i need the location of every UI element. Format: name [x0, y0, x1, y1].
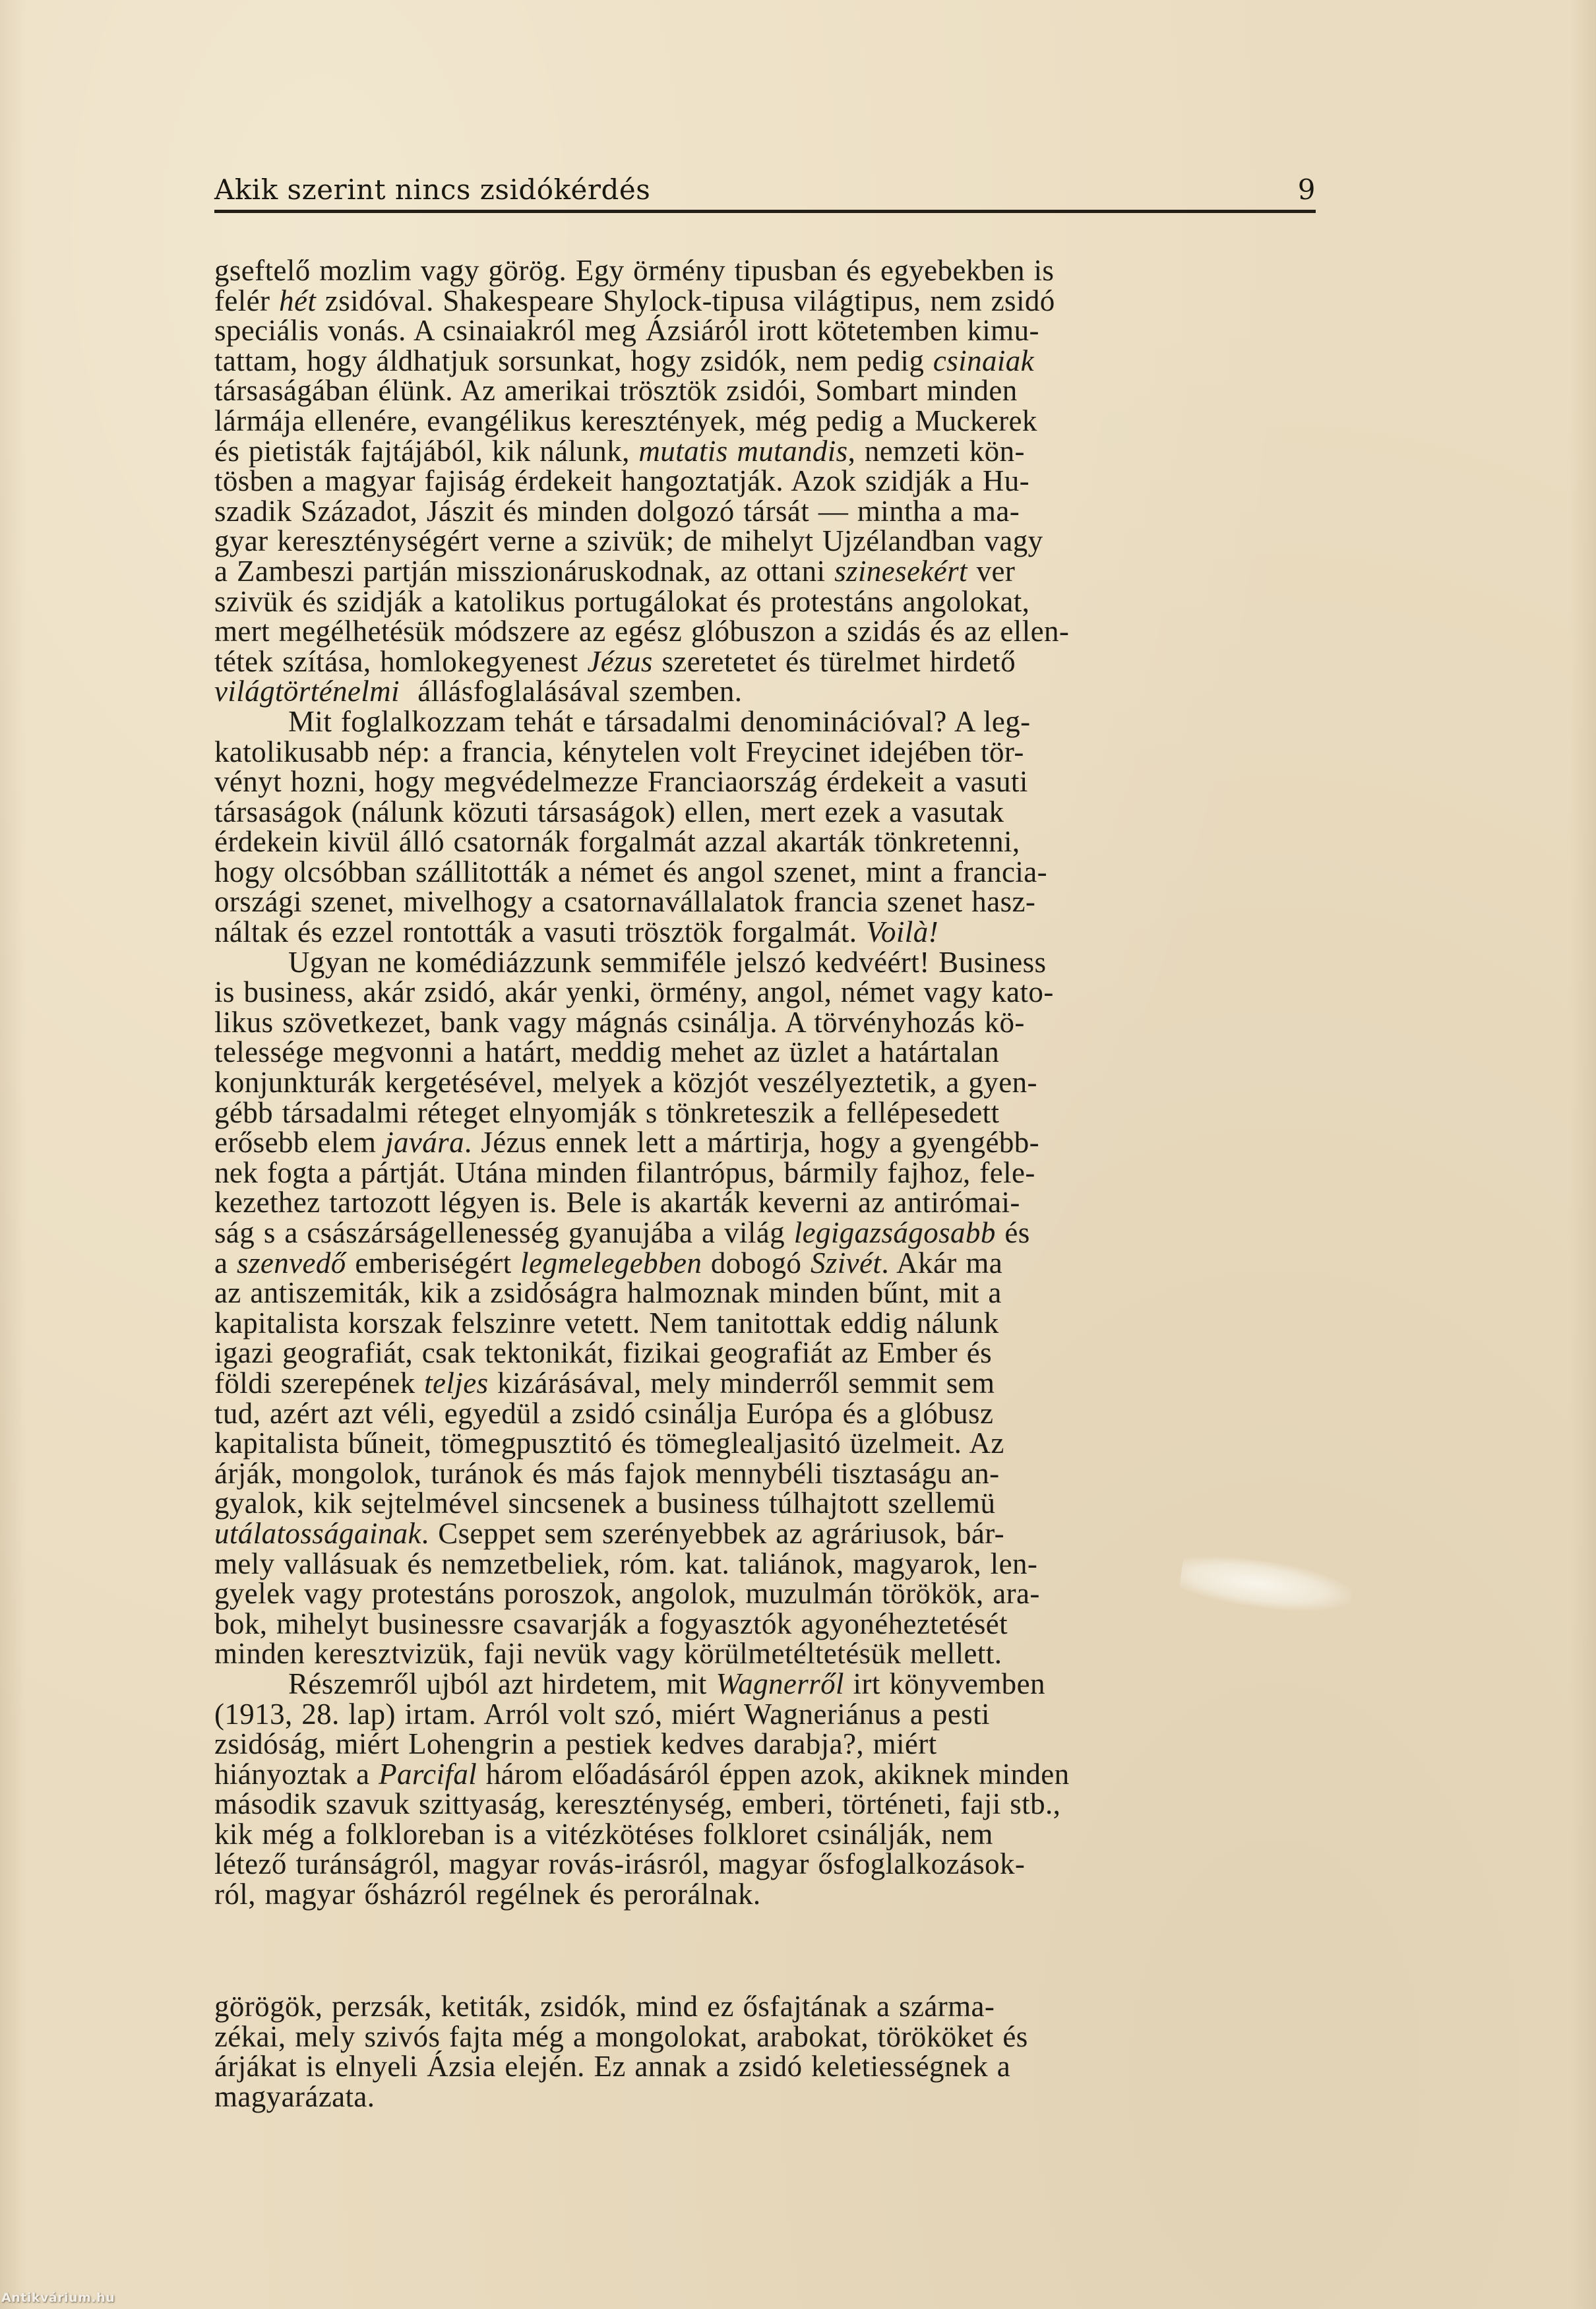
text-segment: mert megélhetésük módszere az egész glób… — [214, 615, 1069, 648]
watermark: Antikvárium.hu — [1, 2291, 115, 2305]
text-line: likus szövetkezet, bank vagy mágnás csin… — [214, 1008, 1316, 1038]
text-segment: tösben a magyar fajiság érdekeit hangozt… — [214, 464, 1029, 497]
text-segment: ról, magyar ősházról regélnek és perorál… — [214, 1878, 761, 1911]
text-line: országi szenet, mivelhogy a csatornaváll… — [214, 887, 1316, 917]
text-segment: gseftelő mozlim vagy görög. Egy örmény t… — [214, 254, 1054, 287]
text-segment: tud, azért azt véli, egyedül a zsidó csi… — [214, 1397, 993, 1430]
text-segment: kapitalista korszak felszinre vetett. Ne… — [214, 1307, 999, 1339]
text-segment: zsidóval. Shakespeare Shylock-tipusa vil… — [316, 284, 1055, 317]
italic-text: Parcifal — [379, 1758, 477, 1791]
text-segment: telessége megvonni a határt, meddig mehe… — [214, 1035, 999, 1068]
text-segment: árják, mongolok, turánok és más fajok me… — [214, 1457, 1000, 1490]
italic-text: Szivét — [811, 1247, 881, 1279]
text-line: kezethez tartozott légyen is. Bele is ak… — [214, 1188, 1316, 1218]
text-line: hiányoztak a Parcifal három előadásáról … — [214, 1760, 1316, 1790]
text-line: kik még a folkloreban is a vitézkötéses … — [214, 1820, 1316, 1850]
text-segment: az antiszemiták, kik a zsidóságra halmoz… — [214, 1276, 1002, 1309]
text-segment: és pietisták fajtájából, kik nálunk, — [214, 435, 638, 468]
text-line: utálatosságainak. Cseppet sem szerényebb… — [214, 1519, 1316, 1549]
italic-text: Jézus — [587, 645, 652, 678]
text-segment: lármája ellenére, evangélikus keresztény… — [214, 404, 1037, 437]
text-line: mert megélhetésük módszere az egész glób… — [214, 617, 1316, 647]
text-line: gyalok, kik sejtelmével sincsenek a busi… — [214, 1489, 1316, 1519]
footnote: görögök, perzsák, ketiták, zsidók, mind … — [214, 1992, 1316, 2112]
text-line: érdekein kivül álló csatornák forgalmát … — [214, 827, 1316, 857]
text-segment: a — [214, 1247, 237, 1279]
italic-text: világtörténelmi — [214, 675, 400, 708]
text-segment: dobogó — [702, 1247, 811, 1279]
text-segment: szadik Századot, Jászit és minden dolgoz… — [214, 495, 1020, 528]
text-segment: igazi geografiát, csak tektonikát, fizik… — [214, 1336, 992, 1369]
text-line: nek fogta a pártját. Utána minden filant… — [214, 1158, 1316, 1188]
italic-text: szinesekért — [834, 555, 967, 588]
text-line: árják, mongolok, turánok és más fajok me… — [214, 1459, 1316, 1489]
text-segment: árjákat is elnyeli Ázsia elején. Ez anna… — [214, 2050, 1010, 2083]
text-segment: nek fogta a pártját. Utána minden filant… — [214, 1156, 1035, 1189]
text-line: gyar kereszténységért verne a szivük; de… — [214, 526, 1316, 557]
running-head: Akik szerint nincs zsidókérdés 9 — [214, 166, 1316, 206]
text-line: is business, akár zsidó, akár yenki, örm… — [214, 977, 1316, 1008]
text-line: társaságában élünk. Az amerikai trösztök… — [214, 376, 1316, 406]
text-line: tétek szítása, homlokegyenest Jézus szer… — [214, 647, 1316, 677]
italic-text: hét — [279, 284, 316, 317]
text-segment: hogy olcsóbban szállitották a német és a… — [214, 855, 1047, 888]
text-line: szivük és szidják a katolikus portugálok… — [214, 587, 1316, 617]
text-segment: szeretetet és türelmet hirdető — [653, 645, 1016, 678]
text-line: katolikusabb nép: a francia, kénytelen v… — [214, 737, 1316, 768]
italic-text: Voilà! — [866, 915, 938, 948]
text-segment: szivük és szidják a katolikus portugálok… — [214, 585, 1029, 618]
text-segment: irt könyvemben — [844, 1667, 1045, 1700]
text-segment: gébb társadalmi réteget elnyomják s tönk… — [214, 1096, 999, 1129]
text-line: második szavuk szittyaság, kereszténység… — [214, 1789, 1316, 1820]
text-line: létező turánságról, magyar rovás-irásról… — [214, 1849, 1316, 1880]
text-segment: zékai, mely szivós fajta még a mongoloka… — [214, 2020, 1028, 2053]
text-segment: három előadásáról éppen azok, akiknek mi… — [477, 1758, 1069, 1791]
page-number: 9 — [1298, 173, 1316, 206]
text-segment: országi szenet, mivelhogy a csatornaváll… — [214, 885, 1035, 918]
text-segment: tattam, hogy áldhatjuk sorsunkat, hogy z… — [214, 344, 933, 377]
text-segment: mely vallásuak és nemzetbeliek, róm. kat… — [214, 1547, 1037, 1580]
text-segment: a Zambeszi partján misszionáruskodnak, a… — [214, 555, 834, 588]
italic-text: csinaiak — [933, 344, 1034, 377]
text-line: tattam, hogy áldhatjuk sorsunkat, hogy z… — [214, 346, 1316, 377]
text-line: gseftelő mozlim vagy görög. Egy örmény t… — [214, 256, 1316, 286]
italic-text: legigazságosabb — [794, 1216, 996, 1249]
header-rule — [214, 210, 1316, 213]
text-segment: konjunkturák kergetésével, melyek a közj… — [214, 1066, 1037, 1099]
text-segment: emberiségért — [346, 1247, 520, 1279]
text-line: világtörténelmi állásfoglalásával szembe… — [214, 677, 1316, 707]
italic-text: teljes — [424, 1367, 488, 1400]
text-segment: . Akár ma — [881, 1247, 1002, 1279]
text-line: a Zambeszi partján misszionáruskodnak, a… — [214, 557, 1316, 587]
text-line: náltak és ezzel rontották a vasuti trösz… — [214, 917, 1316, 948]
italic-text: Wagnerről — [716, 1667, 844, 1700]
text-line: mely vallásuak és nemzetbeliek, róm. kat… — [214, 1549, 1316, 1580]
text-line: földi szerepének teljes kizárásával, mel… — [214, 1369, 1316, 1399]
text-line: az antiszemiták, kik a zsidóságra halmoz… — [214, 1278, 1316, 1308]
text-line: Részemről ujból azt hirdetem, mit Wagner… — [214, 1669, 1316, 1700]
text-segment: minden keresztvizük, faji nevük vagy kör… — [214, 1637, 1002, 1670]
text-segment: társaságában élünk. Az amerikai trösztök… — [214, 374, 1018, 407]
text-line: kapitalista korszak felszinre vetett. Ne… — [214, 1308, 1316, 1339]
italic-text: utálatosságainak — [214, 1517, 421, 1550]
text-segment: és — [996, 1216, 1030, 1249]
text-segment: görögök, perzsák, ketiták, zsidók, mind … — [214, 1990, 995, 2023]
text-line: szadik Századot, Jászit és minden dolgoz… — [214, 497, 1316, 527]
text-segment: gyar kereszténységért verne a szivük; de… — [214, 524, 1043, 557]
text-segment: gyalok, kik sejtelmével sincsenek a busi… — [214, 1487, 995, 1520]
text-segment: bok, mihelyt businessre csavarják a fogy… — [214, 1607, 1008, 1640]
italic-text: mutatis mutandis — [638, 435, 847, 468]
text-segment: gyelek vagy protestáns poroszok, angolok… — [214, 1577, 1040, 1610]
text-line: Ugyan ne komédiázzunk semmiféle jelszó k… — [214, 948, 1316, 978]
text-line: tösben a magyar fajiság érdekeit hangozt… — [214, 466, 1316, 497]
text-segment: második szavuk szittyaság, kereszténység… — [214, 1787, 1060, 1820]
text-line: igazi geografiát, csak tektonikát, fizik… — [214, 1338, 1316, 1369]
text-segment: felér — [214, 284, 279, 317]
text-segment: . Jézus ennek lett a mártirja, hogy a gy… — [464, 1126, 1039, 1159]
text-segment: náltak és ezzel rontották a vasuti trösz… — [214, 915, 866, 948]
text-segment: speciális vonás. A csinaiakról meg Ázsiá… — [214, 314, 1039, 347]
text-segment: társaságok (nálunk közuti társaságok) el… — [214, 795, 1004, 828]
running-title: Akik szerint nincs zsidókérdés — [214, 173, 650, 206]
text-line: lármája ellenére, evangélikus keresztény… — [214, 406, 1316, 437]
text-segment: Ugyan ne komédiázzunk semmiféle jelszó k… — [288, 946, 1046, 979]
text-line: zékai, mely szivós fajta még a mongoloka… — [214, 2022, 1316, 2052]
text-segment: kizárásával, mely minderről semmit sem — [489, 1367, 995, 1400]
text-line: speciális vonás. A csinaiakról meg Ázsiá… — [214, 316, 1316, 346]
text-segment: ver — [967, 555, 1015, 588]
text-line: árjákat is elnyeli Ázsia elején. Ez anna… — [214, 2052, 1316, 2082]
text-line: (1913, 28. lap) irtam. Arról volt szó, m… — [214, 1700, 1316, 1730]
text-line: magyarázata. — [214, 2082, 1316, 2112]
text-line: felér hét zsidóval. Shakespeare Shylock-… — [214, 286, 1316, 317]
text-segment: kik még a folkloreban is a vitézkötéses … — [214, 1818, 993, 1851]
text-segment: állásfoglalásával szemben. — [400, 675, 743, 708]
text-line: bok, mihelyt businessre csavarják a fogy… — [214, 1609, 1316, 1640]
text-segment: vényt hozni, hogy megvédelmezze Franciao… — [214, 765, 1028, 798]
text-line: ról, magyar ősházról regélnek és perorál… — [214, 1880, 1316, 1910]
text-segment: tétek szítása, homlokegyenest — [214, 645, 587, 678]
text-line: konjunkturák kergetésével, melyek a közj… — [214, 1068, 1316, 1098]
text-segment: katolikusabb nép: a francia, kénytelen v… — [214, 735, 1024, 768]
text-segment: Részemről ujból azt hirdetem, mit — [288, 1667, 716, 1700]
text-line: minden keresztvizük, faji nevük vagy kör… — [214, 1639, 1316, 1669]
text-segment: hiányoztak a — [214, 1758, 379, 1791]
text-line: társaságok (nálunk közuti társaságok) el… — [214, 797, 1316, 828]
text-line: a szenvedő emberiségért legmelegebben do… — [214, 1248, 1316, 1279]
italic-text: legmelegebben — [520, 1247, 702, 1279]
text-line: vényt hozni, hogy megvédelmezze Franciao… — [214, 767, 1316, 797]
text-line: és pietisták fajtájából, kik nálunk, mut… — [214, 437, 1316, 467]
text-line: gébb társadalmi réteget elnyomják s tönk… — [214, 1098, 1316, 1128]
text-line: tud, azért azt véli, egyedül a zsidó csi… — [214, 1399, 1316, 1429]
text-segment: erősebb elem — [214, 1126, 385, 1159]
text-segment: magyarázata. — [214, 2080, 375, 2113]
text-line: kapitalista bűneit, tömegpusztitó és töm… — [214, 1429, 1316, 1459]
text-line: telessége megvonni a határt, meddig mehe… — [214, 1037, 1316, 1068]
text-segment: kapitalista bűneit, tömegpusztitó és töm… — [214, 1427, 1004, 1460]
text-segment: érdekein kivül álló csatornák forgalmát … — [214, 825, 1020, 858]
text-line: gyelek vagy protestáns poroszok, angolok… — [214, 1579, 1316, 1609]
italic-text: javára — [385, 1126, 464, 1159]
text-line: görögök, perzsák, ketiták, zsidók, mind … — [214, 1992, 1316, 2022]
text-segment: is business, akár zsidó, akár yenki, örm… — [214, 975, 1054, 1008]
text-segment: (1913, 28. lap) irtam. Arról volt szó, m… — [214, 1698, 990, 1731]
text-line: erősebb elem javára. Jézus ennek lett a … — [214, 1128, 1316, 1158]
text-segment: kezethez tartozott légyen is. Bele is ak… — [214, 1186, 1020, 1219]
text-line: hogy olcsóbban szállitották a német és a… — [214, 857, 1316, 888]
text-line: ság s a császárságellenesség gyanujába a… — [214, 1218, 1316, 1248]
text-segment: földi szerepének — [214, 1367, 424, 1400]
text-segment: zsidóság, miért Lohengrin a pestiek kedv… — [214, 1727, 937, 1760]
body-text: gseftelő mozlim vagy görög. Egy örmény t… — [214, 256, 1316, 1910]
text-line: zsidóság, miért Lohengrin a pestiek kedv… — [214, 1729, 1316, 1760]
text-segment: likus szövetkezet, bank vagy mágnás csin… — [214, 1006, 1025, 1039]
text-segment: létező turánságról, magyar rovás-irásról… — [214, 1847, 1025, 1880]
text-line: Mit foglalkozzam tehát e társadalmi deno… — [214, 707, 1316, 737]
text-segment: Mit foglalkozzam tehát e társadalmi deno… — [288, 705, 1031, 738]
text-segment: , nemzeti kön- — [848, 435, 1025, 468]
text-segment: ság s a császárságellenesség gyanujába a… — [214, 1216, 794, 1249]
italic-text: szenvedő — [237, 1247, 346, 1279]
text-segment: . Cseppet sem szerényebbek az agráriusok… — [421, 1517, 1004, 1550]
